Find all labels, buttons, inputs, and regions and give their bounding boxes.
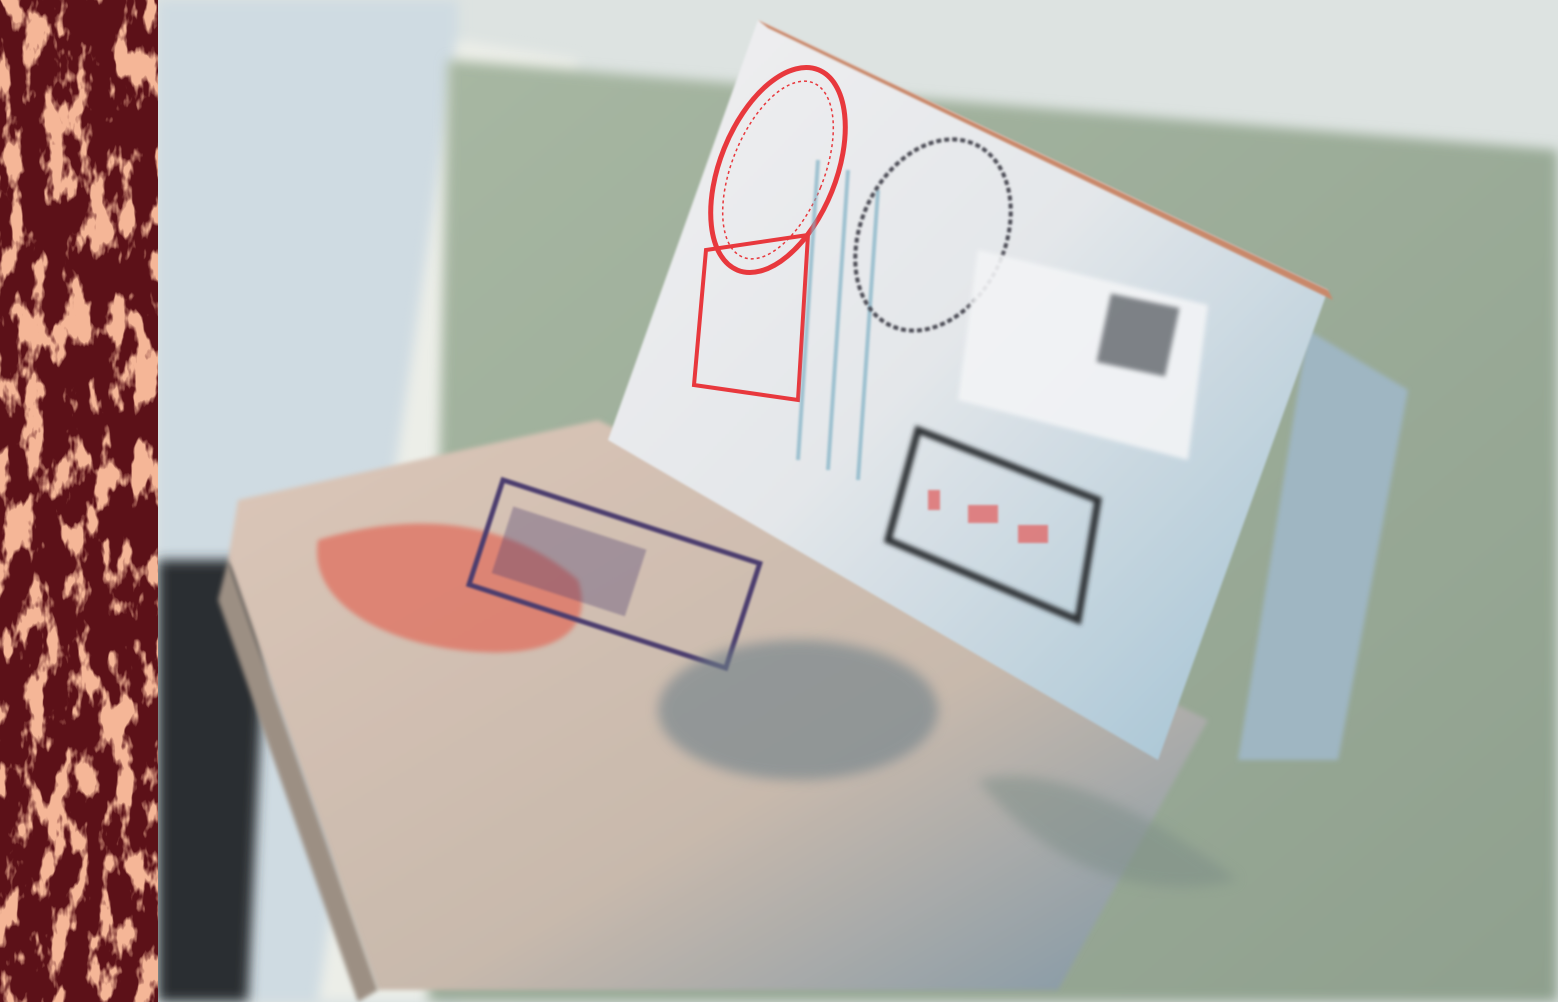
passport-photo (158, 0, 1558, 1002)
decorative-texture-band (0, 0, 158, 1002)
qr-code (1096, 293, 1179, 376)
